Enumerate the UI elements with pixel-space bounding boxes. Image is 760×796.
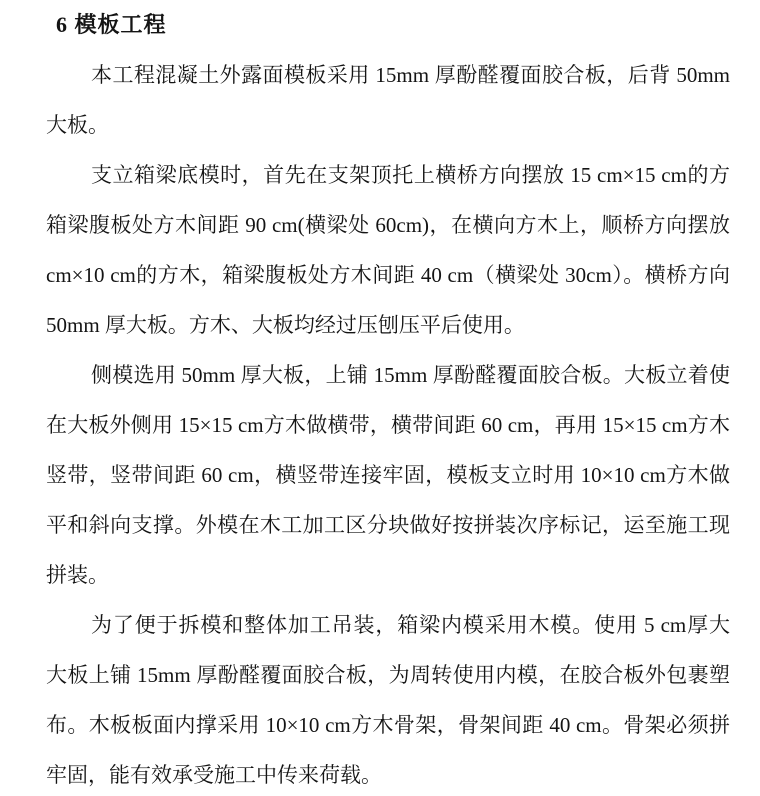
text-line: 拼装。 — [46, 550, 730, 600]
text-line: 牢固，能有效承受施工中传来荷载。 — [46, 750, 730, 796]
text-line: 为了便于拆模和整体加工吊装，箱梁内模采用木模。使用 5 cm厚大板， — [46, 600, 730, 650]
text-line: 支立箱梁底模时，首先在支架顶托上横桥方向摆放 15 cm×15 cm的方木， — [46, 150, 730, 200]
text-line: 本工程混凝土外露面模板采用 15mm 厚酚醛覆面胶合板，后背 50mm 厚 — [46, 50, 730, 100]
text-line: 大板。 — [46, 100, 730, 150]
section-heading: 6 模板工程 — [46, 0, 730, 50]
document-page: 6 模板工程 本工程混凝土外露面模板采用 15mm 厚酚醛覆面胶合板，后背 50… — [0, 0, 760, 796]
text-line: cm×10 cm的方木，箱梁腹板处方木间距 40 cm（横梁处 30cm）。横桥… — [46, 250, 730, 300]
text-line: 平和斜向支撑。外模在木工加工区分块做好按拼装次序标记，运至施工现场 — [46, 500, 730, 550]
text-line: 侧模选用 50mm 厚大板，上铺 15mm 厚酚醛覆面胶合板。大板立着使用， — [46, 350, 730, 400]
text-line: 在大板外侧用 15×15 cm方木做横带，横带间距 60 cm，再用 15×15… — [46, 400, 730, 450]
text-line: 竖带，竖带间距 60 cm，横竖带连接牢固，模板支立时用 10×10 cm方木做… — [46, 450, 730, 500]
text-line: 布。木板板面内撑采用 10×10 cm方木骨架，骨架间距 40 cm。骨架必须拼… — [46, 700, 730, 750]
text-line: 箱梁腹板处方木间距 90 cm(横梁处 60cm)，在横向方木上，顺桥方向摆放 … — [46, 200, 730, 250]
text-line: 大板上铺 15mm 厚酚醛覆面胶合板，为周转使用内模，在胶合板外包裹塑料 — [46, 650, 730, 700]
text-line: 50mm 厚大板。方木、大板均经过压刨压平后使用。 — [46, 300, 730, 350]
